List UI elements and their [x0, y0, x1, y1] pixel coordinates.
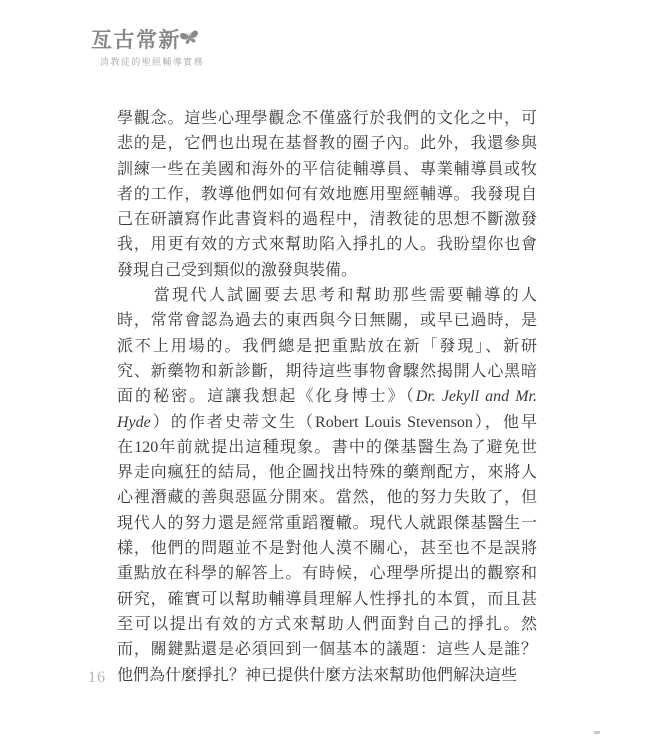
text-segment: 面的秘密。這讓我想起《化身博士》（	[117, 388, 416, 405]
text-segment: 至可以提出有效的方式來幫助人們面對自己的掙扎。然	[117, 616, 537, 633]
text-segment: 當現代人試圖要去思考和幫助那些需要輔導的人	[117, 287, 537, 304]
text-line: 而，關鍵點還是必須回到一個基本的議題：這些人是誰？	[117, 637, 537, 662]
text-line: 心裡潛藏的善與惡區分開來。當然，他的努力失敗了，但	[117, 485, 537, 510]
text-line: 當現代人試圖要去思考和幫助那些需要輔導的人	[117, 283, 537, 308]
text-line: 研究，確實可以幫助輔導員理解人性掙扎的本質，而且甚	[117, 587, 537, 612]
text-line: 訓練一些在美國和海外的平信徒輔導員、專業輔導員或牧	[117, 157, 537, 182]
text-line: 他們為什麼掙扎？神已提供什麼方法來幫助他們解決這些	[117, 663, 537, 688]
text-segment: 時，常常會認為過去的東西與今日無關，或早已過時，是	[117, 312, 537, 329]
text-segment: 研究，確實可以幫助輔導員理解人性掙扎的本質，而且甚	[117, 591, 537, 608]
logo: 亙古常新 清教徒的聖經輔導實務	[91, 30, 204, 68]
text-line: 至可以提出有效的方式來幫助人們面對自己的掙扎。然	[117, 612, 537, 637]
text-line: 學觀念。這些心理學觀念不僅盛行於我們的文化之中，可	[117, 106, 537, 131]
text-segment: 樣，他們的問題並不是對他人漠不關心，甚至也不是誤將	[117, 540, 537, 557]
text-segment: 者的工作，教導他們如何有效地應用聖經輔導。我發現自	[117, 186, 537, 203]
body-text: 學觀念。這些心理學觀念不僅盛行於我們的文化之中，可悲的是，它們也出現在基督教的圈…	[117, 106, 537, 688]
text-segment: 訓練一些在美國和海外的平信徒輔導員、專業輔導員或牧	[117, 161, 537, 178]
text-segment: 界走向瘋狂的結局，他企圖找出特殊的藥劑配方，來將人	[117, 464, 537, 481]
text-segment: ）的作者史蒂文生（Robert Louis Stevenson），他早	[151, 414, 537, 431]
text-segment: 悲的是，它們也出現在基督教的圈子內。此外，我還參與	[117, 135, 537, 152]
text-segment: 派不上用場的。我們總是把重點放在新「發現」、新研	[117, 338, 537, 355]
text-segment: 學觀念。這些心理學觀念不僅盛行於我們的文化之中，可	[117, 110, 537, 127]
text-segment: 而，關鍵點還是必須回到一個基本的議題：這些人是誰？	[117, 641, 537, 658]
book-page: 亙古常新 清教徒的聖經輔導實務 學觀念。這些心理學觀念不僅盛行於我們的文化之中，…	[0, 0, 650, 750]
text-line: 發現自己受到類似的激發與裝備。	[117, 258, 537, 283]
text-line: 己在研讀寫作此書資料的過程中，清教徒的思想不斷激發	[117, 207, 537, 232]
text-segment: 究、新藥物和新診斷，期待這些事物會驟然揭開人心黑暗	[117, 363, 537, 380]
text-segment: 現代人的努力還是經常重蹈覆轍。現代人就跟傑基醫生一	[117, 515, 537, 532]
text-line: Hyde）的作者史蒂文生（Robert Louis Stevenson），他早	[117, 410, 537, 435]
text-segment: 在120年前就提出這種現象。書中的傑基醫生為了避免世	[117, 439, 537, 456]
text-segment-italic: Hyde	[117, 414, 151, 431]
text-segment-italic: Dr. Jekyll and Mr.	[416, 388, 537, 405]
text-line: 在120年前就提出這種現象。書中的傑基醫生為了避免世	[117, 435, 537, 460]
text-segment: 他們為什麼掙扎？神已提供什麼方法來幫助他們解決這些	[117, 667, 517, 684]
butterfly-icon	[177, 25, 204, 53]
text-line: 現代人的努力還是經常重蹈覆轍。現代人就跟傑基醫生一	[117, 511, 537, 536]
text-line: 時，常常會認為過去的東西與今日無關，或早已過時，是	[117, 308, 537, 333]
text-line: 者的工作，教導他們如何有效地應用聖經輔導。我發現自	[117, 182, 537, 207]
text-line: 面的秘密。這讓我想起《化身博士》（Dr. Jekyll and Mr.	[117, 384, 537, 409]
text-line: 派不上用場的。我們總是把重點放在新「發現」、新研	[117, 334, 537, 359]
text-line: 重點放在科學的解答上。有時候，心理學所提出的觀察和	[117, 561, 537, 586]
speck	[594, 731, 600, 734]
text-line: 究、新藥物和新診斷，期待這些事物會驟然揭開人心黑暗	[117, 359, 537, 384]
logo-subtitle: 清教徒的聖經輔導實務	[100, 55, 204, 68]
text-line: 悲的是，它們也出現在基督教的圈子內。此外，我還參與	[117, 131, 537, 156]
text-segment: 重點放在科學的解答上。有時候，心理學所提出的觀察和	[117, 565, 537, 582]
text-line: 界走向瘋狂的結局，他企圖找出特殊的藥劑配方，來將人	[117, 460, 537, 485]
text-segment: 發現自己受到類似的激發與裝備。	[117, 262, 357, 279]
text-line: 我，用更有效的方式來幫助陷入掙扎的人。我盼望你也會	[117, 232, 537, 257]
page-number: 16	[88, 669, 106, 687]
text-segment: 己在研讀寫作此書資料的過程中，清教徒的思想不斷激發	[117, 211, 537, 228]
text-segment: 心裡潛藏的善與惡區分開來。當然，他的努力失敗了，但	[117, 489, 537, 506]
text-segment: 我，用更有效的方式來幫助陷入掙扎的人。我盼望你也會	[117, 236, 537, 253]
text-line: 樣，他們的問題並不是對他人漠不關心，甚至也不是誤將	[117, 536, 537, 561]
